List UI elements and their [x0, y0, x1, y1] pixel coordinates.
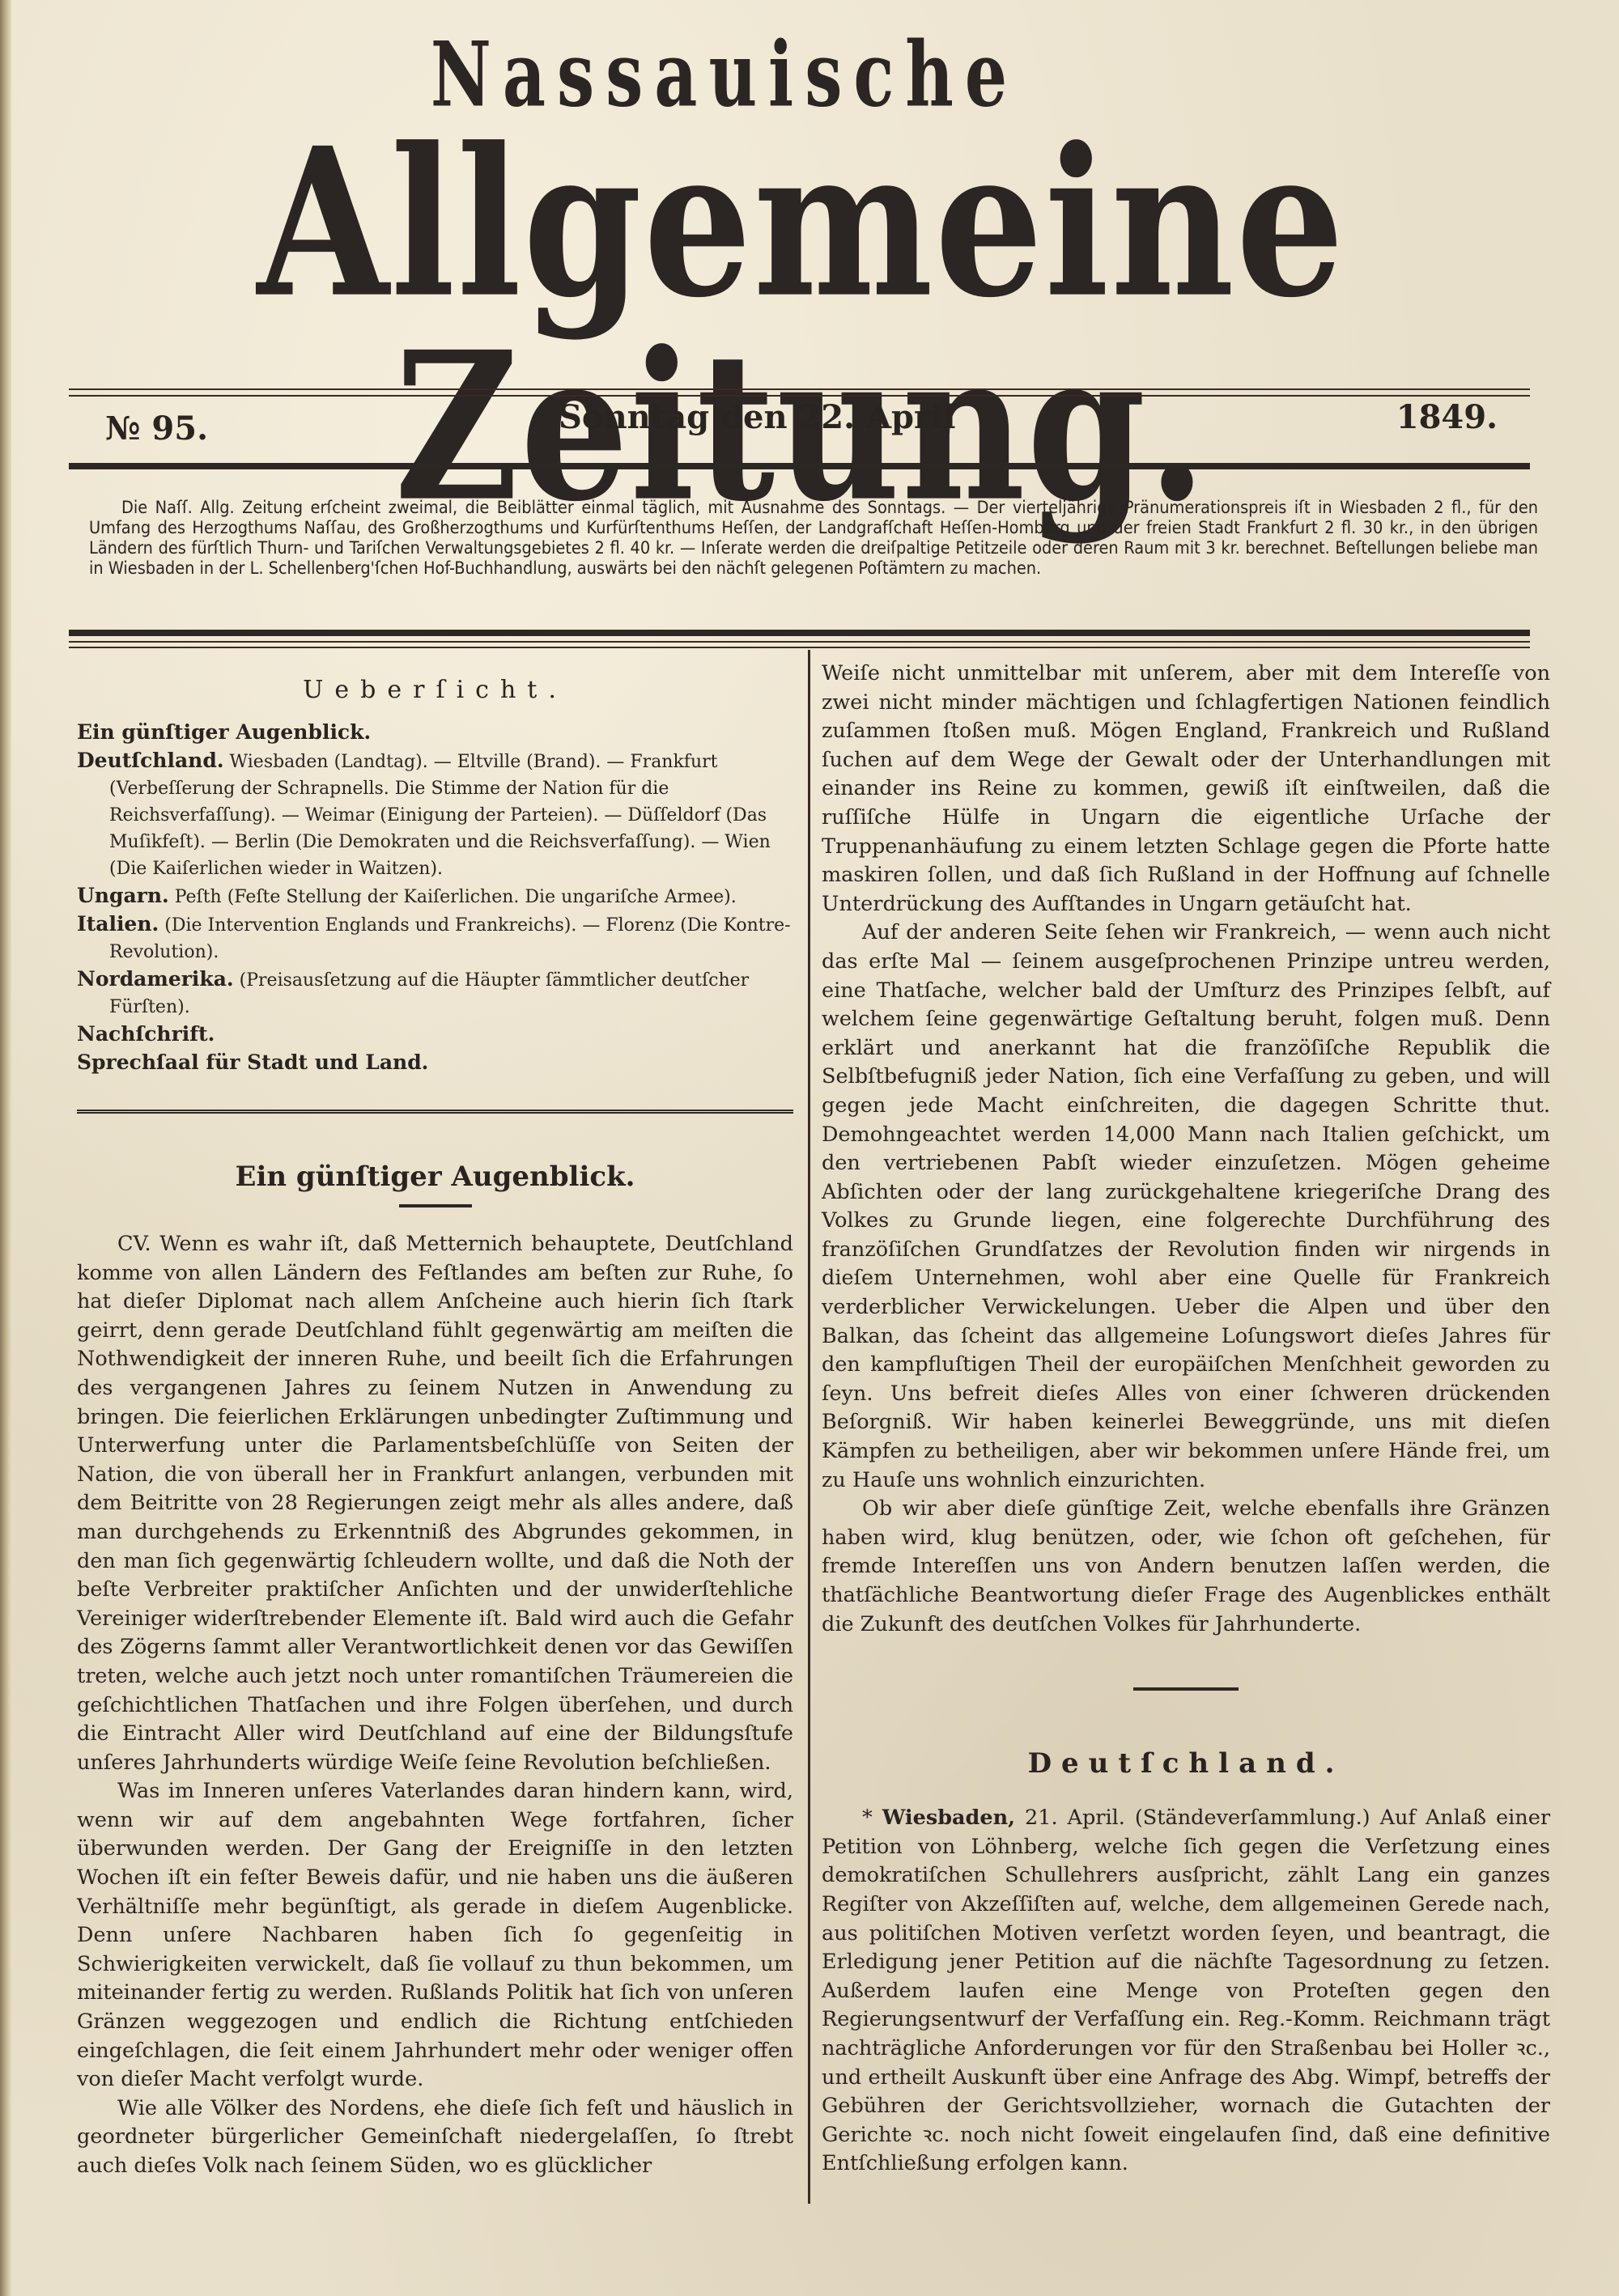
issue-date: Sonntag den 22. April [559, 398, 955, 436]
dateline: № 95. Sonntag den 22. April 1849. [105, 398, 1498, 447]
newspaper-page: Nassauische Allgemeine Zeitung. № 95. So… [0, 0, 1619, 2296]
article-body-right: Weiſe nicht unmittelbar mit unſerem, abe… [822, 660, 1550, 1639]
article-paragraph: Weiſe nicht unmittelbar mit unſerem, abe… [822, 660, 1550, 919]
article-body-left: CV. Wenn es wahr iſt, daß Metternich beh… [77, 1230, 793, 2181]
overview-end-rule [77, 1110, 793, 1115]
section-title-deutschland: Deutſchland. [822, 1747, 1550, 1780]
article-paragraph: Ob wir aber dieſe günſtige Zeit, welche … [822, 1495, 1550, 1639]
dateline-rule [69, 463, 1530, 469]
notice-rule-thin [69, 641, 1530, 643]
notice-rule-thin-2 [69, 647, 1530, 648]
overview-item: Sprechſaal für Stadt und Land. [77, 1049, 793, 1077]
overview-item: Ungarn. Peſth (Feſte Stellung der Kaiſer… [77, 882, 793, 910]
dispatch-wiesbaden: * Wiesbaden, 21. April. (Ständeverſammlu… [822, 1804, 1550, 2179]
article-paragraph: Wie alle Völker des Nordens, ehe dieſe ſ… [77, 2094, 793, 2181]
subscription-notice: Die Naſſ. Allg. Zeitung erſcheint zweima… [89, 498, 1538, 579]
dispatch-place: Wiesbaden, [882, 1806, 1015, 1830]
article-paragraph: Auf der anderen Seite ſehen wir Frankrei… [822, 919, 1550, 1495]
article-title-rule [399, 1204, 472, 1207]
overview-list: Ein günſtiger Augenblick. Deutſchland. W… [77, 719, 793, 1077]
overview-item: Deutſchland. Wiesbaden (Landtag). — Eltv… [77, 747, 793, 882]
right-column: Weiſe nicht unmittelbar mit unſerem, abe… [822, 660, 1550, 2179]
notice-rule-thick [69, 630, 1530, 636]
article-title: Ein günſtiger Augenblick. [77, 1161, 793, 1193]
issue-year: 1849. [1396, 398, 1498, 436]
overview-item: Nachſchrift. [77, 1021, 793, 1049]
overview-item: Italien. (Die Intervention Englands und … [77, 910, 793, 966]
dispatch-marker: * [862, 1806, 873, 1830]
issue-number: № 95. [105, 410, 208, 448]
dispatch-date: 21. April. [1025, 1806, 1125, 1830]
left-column: Ueberſicht. Ein günſtiger Augenblick. De… [77, 660, 793, 2181]
binding-edge [0, 0, 11, 2296]
overview-item: Nordamerika. (Preisausſetzung auf die Hä… [77, 966, 793, 1021]
masthead-rule-top [69, 388, 1530, 390]
column-divider [808, 650, 810, 2204]
dispatch-paragraph: * Wiesbaden, 21. April. (Ständeverſammlu… [822, 1804, 1550, 2179]
article-paragraph: Was im Inneren unſeres Vaterlandes daran… [77, 1777, 793, 2094]
overview-title: Ueberſicht. [77, 676, 793, 704]
section-separator-rule [1133, 1687, 1239, 1691]
overview-item: Ein günſtiger Augenblick. [77, 719, 793, 747]
dispatch-text: (Ständeverſammlung.) Auf Anlaß einer Pet… [822, 1806, 1550, 2175]
article-paragraph: CV. Wenn es wahr iſt, daß Metternich beh… [77, 1230, 793, 1777]
masthead-rule-top-2 [69, 395, 1530, 397]
subscription-text: Die Naſſ. Allg. Zeitung erſcheint zweima… [89, 498, 1538, 579]
